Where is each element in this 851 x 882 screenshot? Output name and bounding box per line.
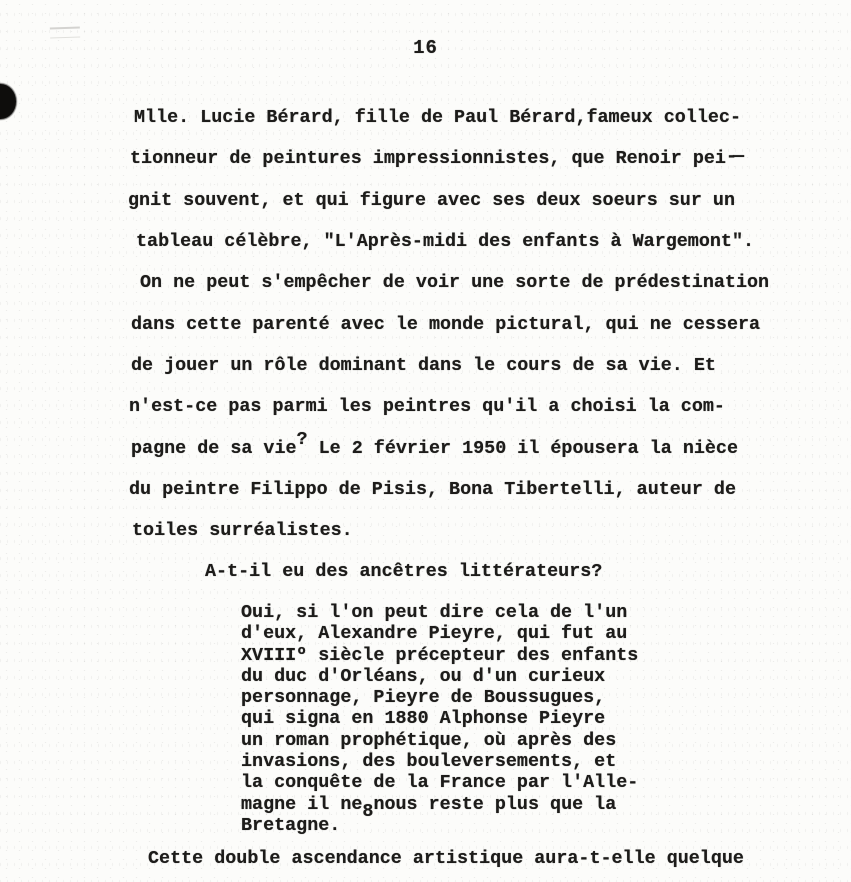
- quote-line: la conquête de la France par l'Alle-: [241, 772, 638, 793]
- typed-line-text: pagne de sa vie: [131, 438, 297, 459]
- raised-question-mark: ?: [297, 419, 308, 460]
- quote-line: magne il ne8nous reste plus que la: [241, 794, 638, 815]
- quote-line: qui signa en 1880 Alphonse Pieyre: [241, 708, 638, 729]
- typed-line: gnit souvent, et qui figure avec ses deu…: [128, 180, 769, 221]
- page-number: 16: [0, 37, 851, 59]
- typed-line: dans cette parenté avec le monde pictura…: [131, 304, 769, 345]
- overstrike-mark: -—: [726, 136, 740, 177]
- typed-line: pagne de sa vie? Le 2 février 1950 il ép…: [131, 428, 769, 469]
- typed-line: On ne peut s'empêcher de voir une sorte …: [140, 262, 769, 303]
- typed-line: du peintre Filippo de Pisis, Bona Tibert…: [129, 469, 769, 510]
- interview-question-line: A-t-il eu des ancêtres littérateurs?: [205, 560, 602, 584]
- quote-line: un roman prophétique, où après des: [241, 730, 638, 751]
- typed-line: toiles surréalistes.: [132, 510, 769, 551]
- quote-line: XVIIIº siècle précepteur des enfants: [241, 645, 638, 666]
- quote-line: personnage, Pieyre de Boussugues,: [241, 687, 638, 708]
- typed-line-text: tionneur de peintures impressionnistes, …: [130, 148, 726, 169]
- typed-line: tionneur de peintures impressionnistes, …: [130, 138, 769, 179]
- scan-artifact-smudge: [50, 26, 80, 38]
- main-paragraph: Mlle. Lucie Bérard, fille de Paul Bérard…: [0, 97, 769, 552]
- typed-line: de jouer un rôle dominant dans le cours …: [131, 345, 769, 386]
- quote-line: invasions, des bouleversements, et: [241, 751, 638, 772]
- quote-line-text: magne il ne: [241, 794, 362, 815]
- typed-line: Mlle. Lucie Bérard, fille de Paul Bérard…: [134, 97, 769, 138]
- block-quote: Oui, si l'on peut dire cela de l'un d'eu…: [241, 602, 638, 836]
- quote-line: Bretagne.: [241, 815, 638, 836]
- typed-line-text: Le 2 février 1950 il épousera la nièce: [308, 438, 738, 459]
- quote-line: Oui, si l'on peut dire cela de l'un: [241, 602, 638, 623]
- quote-line: du duc d'Orléans, ou d'un curieux: [241, 666, 638, 687]
- footnote-number-mark: 8: [362, 801, 373, 822]
- quote-line: d'eux, Alexandre Pieyre, qui fut au: [241, 623, 638, 644]
- typed-line: n'est-ce pas parmi les peintres qu'il a …: [129, 386, 769, 427]
- typed-line: tableau célèbre, "L'Après-midi des enfan…: [136, 221, 769, 262]
- closing-paragraph-line: Cette double ascendance artistique aura-…: [148, 847, 744, 871]
- scanned-typescript-page: { "page": { "number": "16" }, "body": { …: [0, 0, 851, 882]
- quote-line-text: nous reste plus que la: [373, 794, 616, 815]
